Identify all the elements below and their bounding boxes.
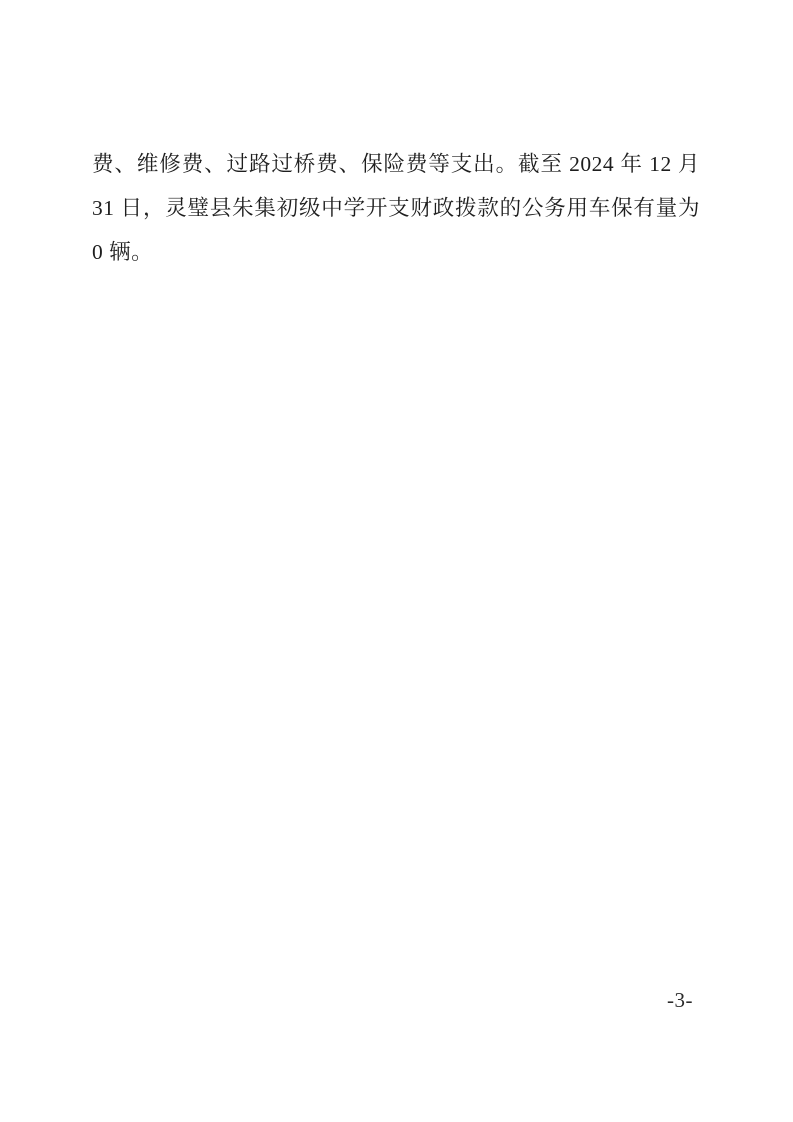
body-paragraph: 费、维修费、过路过桥费、保险费等支出。截至 2024 年 12 月 31 日，灵…	[92, 142, 700, 274]
document-page: 费、维修费、过路过桥费、保险费等支出。截至 2024 年 12 月 31 日，灵…	[0, 0, 793, 1122]
paragraph-line-2: 31 日，灵璧县朱集初级中学开支财政拨款的公务用车保有量为	[92, 186, 700, 230]
paragraph-line-1: 费、维修费、过路过桥费、保险费等支出。截至 2024 年 12 月	[92, 142, 700, 186]
paragraph-line-3: 0 辆。	[92, 230, 700, 274]
page-number: -3-	[667, 988, 693, 1012]
